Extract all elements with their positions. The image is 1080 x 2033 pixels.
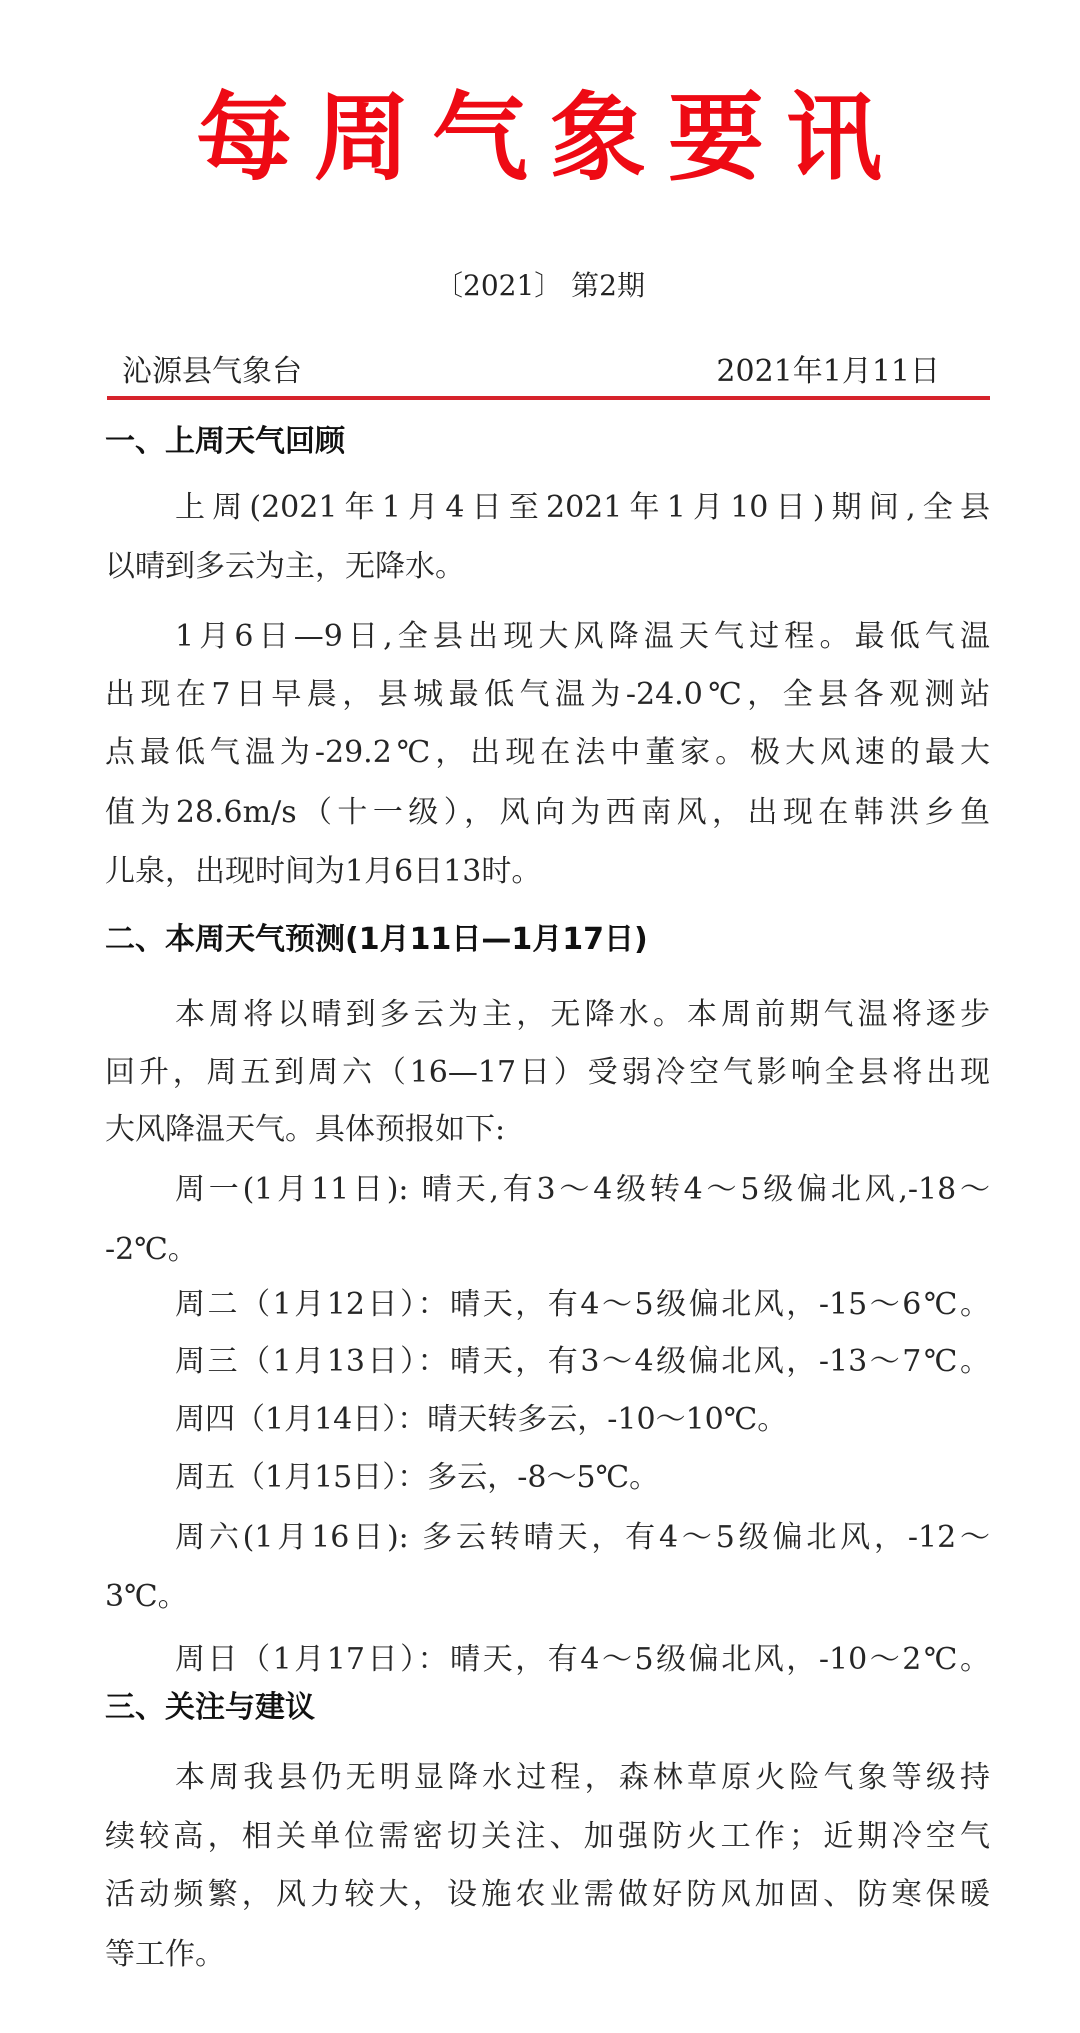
masthead-title: 每周气象要讯 (190, 78, 910, 198)
paragraph-line: 本周我县仍无明显降水过程，森林草原火险气象等级持 (175, 1756, 990, 1800)
forecast-tuesday: 周二（1月12日）：晴天，有4～5级偏北风，-15～6℃。 (175, 1283, 990, 1327)
section-heading-forecast: 二、本周天气预测(1月11日—1月17日) (105, 918, 648, 962)
forecast-friday: 周五（1月15日）：多云，-8～5℃。 (175, 1456, 990, 1500)
paragraph-line: 1月6日—9日,全县出现大风降温天气过程。最低气温 (175, 615, 990, 659)
forecast-saturday-cont: 3℃。 (105, 1575, 990, 1619)
issue-date: 2021年1月11日 (716, 350, 940, 394)
section-heading-review: 一、上周天气回顾 (105, 420, 345, 464)
section-heading-advice: 三、关注与建议 (105, 1686, 315, 1730)
forecast-thursday: 周四（1月14日）：晴天转多云，-10～10℃。 (175, 1398, 990, 1442)
issuing-organization: 沁源县气象台 (122, 350, 302, 394)
paragraph-line: 点最低气温为-29.2℃，出现在法中董家。极大风速的最大 (105, 731, 990, 775)
forecast-monday: 周一(1月11日): 晴天,有3～4级转4～5级偏北风,-18～ (175, 1168, 990, 1212)
red-divider-rule (107, 396, 990, 400)
forecast-monday-cont: -2℃。 (105, 1228, 990, 1272)
paragraph-line: 等工作。 (105, 1933, 990, 1977)
forecast-wednesday: 周三（1月13日）：晴天，有3～4级偏北风，-13～7℃。 (175, 1340, 990, 1384)
issue-number: 〔2021〕 第2期 (0, 266, 1080, 306)
paragraph-line: 以晴到多云为主，无降水。 (105, 545, 990, 589)
paragraph-line: 出现在7日早晨，县城最低气温为-24.0℃，全县各观测站 (105, 673, 990, 717)
paragraph-line: 值为28.6m/s（十一级），风向为西南风，出现在韩洪乡鱼 (105, 791, 990, 835)
paragraph-line: 本周将以晴到多云为主，无降水。本周前期气温将逐步 (175, 993, 990, 1037)
paragraph-line: 续较高，相关单位需密切关注、加强防火工作；近期冷空气 (105, 1815, 990, 1859)
paragraph-line: 上周(2021年1月4日至2021年1月10日)期间,全县 (175, 486, 990, 530)
forecast-saturday: 周六(1月16日): 多云转晴天，有4～5级偏北风，-12～ (175, 1516, 990, 1560)
paragraph-line: 大风降温天气。具体预报如下: (105, 1108, 990, 1152)
forecast-sunday: 周日（1月17日）：晴天，有4～5级偏北风，-10～2℃。 (175, 1638, 990, 1682)
paragraph-line: 儿泉，出现时间为1月6日13时。 (105, 850, 990, 894)
paragraph-line: 回升，周五到周六（16—17日）受弱冷空气影响全县将出现 (105, 1051, 990, 1095)
paragraph-line: 活动频繁，风力较大，设施农业需做好防风加固、防寒保暖 (105, 1873, 990, 1917)
